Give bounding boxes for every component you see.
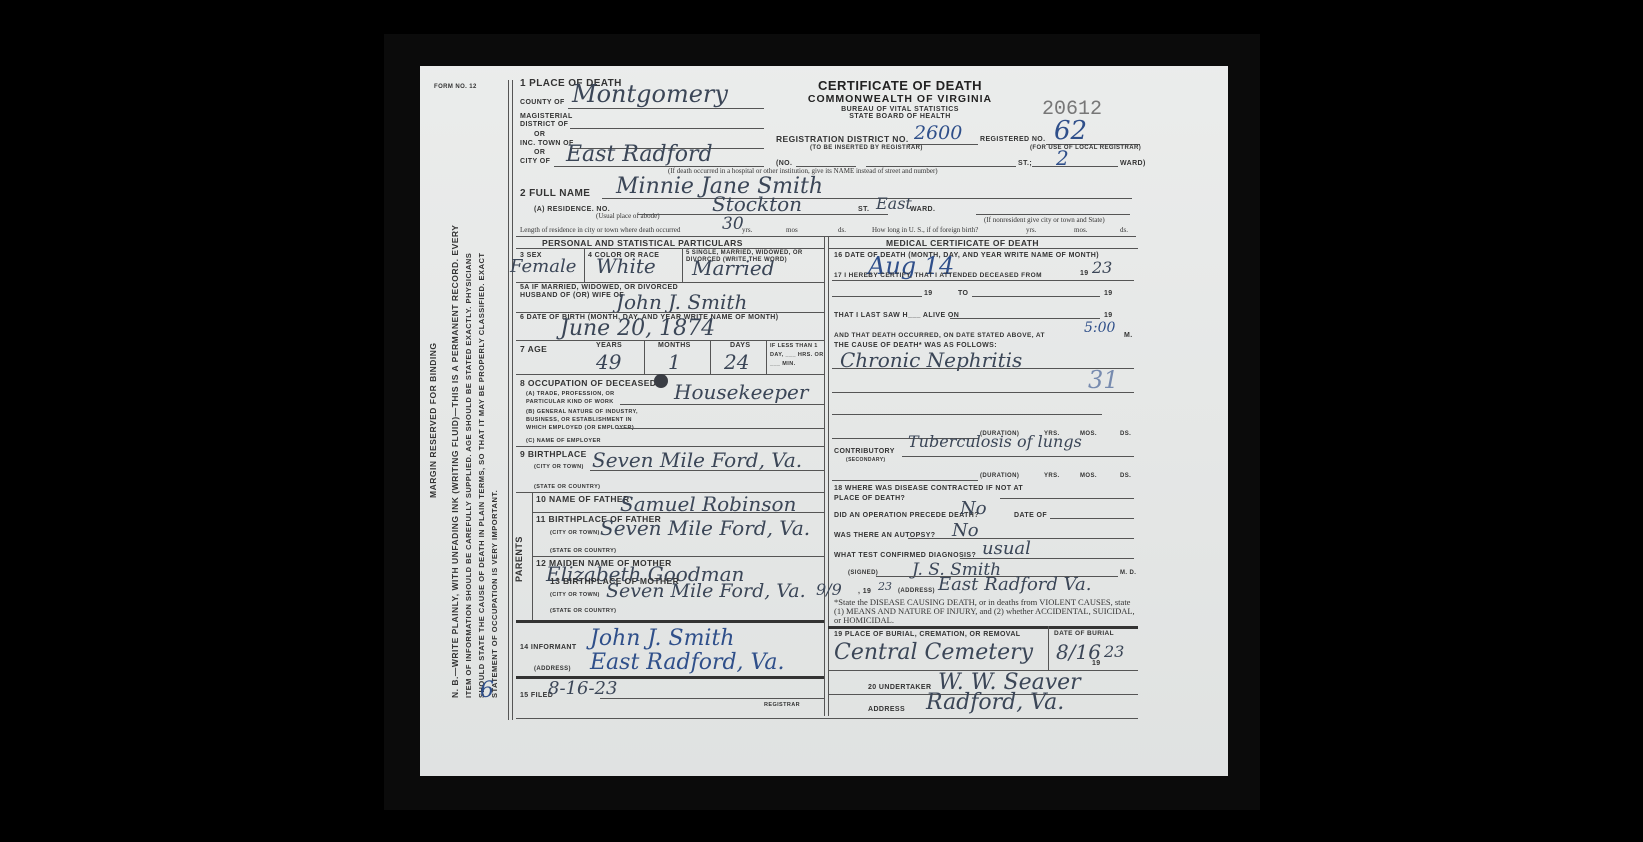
or-label: OR [534,149,545,156]
punch-hole [654,374,668,388]
margin-rule-2 [512,80,513,720]
cell-divider [766,340,767,374]
ds-label: DS. [1120,473,1131,479]
less-than-label: IF LESS THAN 1 DAY, ___ HRS. OR ___ MIN. [770,342,824,369]
state-or-country-label: (STATE OR COUNTRY) [534,484,600,490]
informant-address-value: East Radford, Va. [590,650,785,675]
form-number: FORM NO. 12 [434,84,477,90]
street-line [866,166,1016,167]
mos-label: MOS. [1080,473,1097,479]
row-line [516,340,824,341]
test-label: WHAT TEST CONFIRMED DIAGNOSIS? [834,552,976,559]
ward-label: WARD) [1120,160,1146,167]
year-prefix: 19 [1080,270,1089,277]
commonwealth-title: COMMONWEALTH OF VIRGINIA [780,93,1020,105]
undertaker-address-value: Radford, Va. [926,690,1064,715]
cause-line [832,414,1102,415]
burial-date-label: DATE OF BURIAL [1054,630,1114,637]
secondary-label: (SECONDARY) [846,457,886,463]
column-divider [824,236,825,716]
row-line [832,280,1134,281]
informant-value: John J. Smith [590,626,734,651]
duration-label: (DURATION) [980,473,1019,479]
mos-label: MOS. [1080,431,1097,437]
registered-no-label: REGISTERED NO. [980,136,1046,143]
medical-heading-line [828,248,1138,249]
duration-line [832,480,978,481]
or-label: OR [534,131,545,138]
filed-value: 8-16-23 [548,678,617,699]
full-name-label: 2 FULL NAME [520,188,590,199]
street-label: ST.; [1018,160,1032,167]
section-divider [516,620,824,623]
birthplace-line [590,470,824,471]
instruction-line-4: STATEMENT OF OCCUPATION IS VERY IMPORTAN… [490,490,499,698]
nonresident-note: (If nonresident give city or town and St… [984,216,1105,224]
birthplace-value: Seven Mile Ford, Va. [592,448,802,472]
cause-line [832,392,1134,393]
to-label: TO [958,290,968,297]
row-line [516,312,824,313]
age-years: 49 [596,350,621,374]
certificate-header: CERTIFICATE OF DEATH COMMONWEALTH OF VIR… [780,78,1020,120]
last-saw-line [950,318,1100,319]
sign-year: 23 [878,580,892,593]
ds-label: DS. [1120,431,1131,437]
personal-heading-line [516,248,824,249]
occupation-line [620,404,824,405]
margin-binding-note: MARGIN RESERVED FOR BINDING [428,343,438,499]
row-line [532,556,824,557]
undertaker-label: 20 UNDERTAKER [868,684,931,691]
sex-value: Female [510,256,576,277]
spouse-value: John J. Smith [616,290,747,314]
registrar-label: REGISTRAR [764,702,800,708]
instruction-line-3: SHOULD STATE THE CAUSE OF DEATH IN PLAIN… [477,253,486,698]
cell-divider [644,340,645,374]
city-or-town-label: (CITY OR TOWN) [550,592,600,598]
contributory-label: CONTRIBUTORY [834,448,895,455]
row-line [532,512,824,513]
sign-year-prefix: , 19 [858,588,871,595]
from-line [832,296,922,297]
registered-note: (FOR USE OF LOCAL REGISTRAR) [1030,145,1141,151]
months-label: MONTHS [658,342,691,349]
operation-date-label: DATE OF [1014,512,1047,519]
magisterial-line [570,128,764,129]
us-mos-label: mos. [1074,226,1087,234]
medical-heading: MEDICAL CERTIFICATE OF DEATH [886,238,1039,248]
year-prefix: 19 [924,290,933,297]
personal-heading: PERSONAL AND STATISTICAL PARTICULARS [542,238,743,248]
informant-address-label: (ADDRESS) [534,666,571,672]
contracted-line [1000,498,1134,499]
city-label: CITY OF [520,158,550,165]
test-value: usual [982,538,1031,559]
row-line [516,374,824,375]
board-title: STATE BOARD OF HEALTH [780,113,1020,120]
residence-street: Stockton [712,192,802,216]
length-residence-label: Length of residence in city or town wher… [520,226,680,234]
ward-line [1032,166,1118,167]
operation-value: No [960,498,987,519]
to-line [972,296,1100,297]
cell-divider [1048,626,1049,670]
parents-side-label: PARENTS [514,536,524,582]
county-value: Montgomery [572,80,728,108]
mos-label: mos [786,226,798,234]
burial-year: 23 [1104,642,1124,661]
state-or-country-label: (STATE OR COUNTRY) [550,548,616,554]
industry-line [616,428,824,429]
section-divider [516,236,1136,237]
birthplace-label: 9 BIRTHPLACE [520,449,587,459]
days-label: DAYS [730,342,750,349]
employer-label: (C) NAME OF EMPLOYER [526,438,601,444]
burial-place-value: Central Cemetery [834,640,1033,665]
marital-value: Married [692,256,775,280]
residence-st-label: ST. [858,206,869,213]
magisterial-label: MAGISTERIAL DISTRICT OF [520,113,580,129]
contributory-line [902,456,1134,457]
signed-label: (SIGNED) [848,570,878,576]
test-line [960,558,1134,559]
us-ds-label: ds. [1120,226,1128,234]
cell-divider [710,340,711,374]
md-label: M. D. [1120,570,1136,576]
physician-address-value: East Radford Va. [938,574,1091,595]
city-or-town-label: (CITY OR TOWN) [550,530,600,536]
certificate-title: CERTIFICATE OF DEATH [780,78,1020,93]
instruction-line-2: ITEM OF INFORMATION SHOULD BE CAREFULLY … [464,253,473,698]
date-of-death-year: 23 [1092,258,1112,277]
registration-district-label: REGISTRATION DISTRICT NO. [776,134,909,144]
burial-place-label: 19 PLACE OF BURIAL, CREMATION, OR REMOVA… [834,630,1044,639]
city-value: East Radford [566,142,713,167]
street-no-label: (NO. [776,160,792,167]
age-label: 7 AGE [520,344,547,354]
margin-mark: 31 [1088,366,1119,394]
ds-label: ds. [838,226,846,234]
length-residence-years: 30 [722,214,744,234]
row-line [516,446,824,447]
bottom-rule [516,718,1138,719]
county-label: COUNTY OF [520,99,565,106]
us-yrs-label: yrs. [1026,226,1036,234]
death-certificate: FORM NO. 12 MARGIN RESERVED FOR BINDING … [420,66,1228,776]
residence-ward-label: WARD. [910,206,935,213]
residence-ward-value: East [876,194,912,213]
column-divider-2 [828,236,829,716]
state-or-country-label: (STATE OR COUNTRY) [550,608,616,614]
operation-label: DID AN OPERATION PRECEDE DEATH? [834,512,979,519]
cell-divider [584,248,585,282]
contributory-value: Tuberculosis of lungs [908,432,1082,451]
age-months: 1 [668,350,681,374]
age-days: 24 [724,350,749,374]
father-label: 10 NAME OF FATHER [536,494,630,504]
us-residence-label: How long in U. S., if of foreign birth? [872,226,978,234]
dob-value: June 20, 1874 [560,316,715,341]
street-no-line [796,166,856,167]
instruction-line-1: N. B.—WRITE PLAINLY, WITH UNFADING INK (… [450,225,460,698]
yrs-label: YRS. [1044,473,1060,479]
operation-date-line [1050,518,1134,519]
filed-line [600,698,824,699]
registration-district-value: 2600 [914,122,962,144]
year-prefix: 19 [1104,290,1113,297]
city-or-town-label: (CITY OR TOWN) [534,464,584,470]
years-label: YEARS [596,342,622,349]
contracted-label: 18 WHERE WAS DISEASE CONTRACTED IF NOT A… [834,484,1034,504]
race-value: White [596,254,656,278]
district-note: (TO BE INSERTED BY REGISTRAR) [810,145,923,151]
time-of-death: 5:00 [1084,320,1115,336]
certify-label: 17 I HEREBY CERTIFY, THAT I ATTENDED DEC… [834,272,1042,279]
burial-year-prefix: 19 [1092,660,1101,667]
meridiem-label: M. [1124,332,1133,339]
occupation-label: 8 OCCUPATION OF DECEASED [520,378,656,388]
registered-no-value: 62 [1054,116,1087,146]
cell-divider [682,248,683,282]
county-line [568,108,764,109]
death-occurred-label: AND THAT DEATH OCCURRED, ON DATE STATED … [834,332,1045,339]
father-birthplace-value: Seven Mile Ford, Va. [600,516,810,540]
yrs-label: yrs. [742,226,752,234]
bureau-title: BUREAU OF VITAL STATISTICS [780,106,1020,113]
year-prefix: 19 [1104,312,1113,319]
ward-value: 2 [1056,146,1069,170]
occupation-value: Housekeeper [674,380,808,404]
margin-number: 6 [480,678,494,703]
cause-footnote: *State the DISEASE CAUSING DEATH, or in … [834,598,1140,625]
row-line [516,282,824,283]
physician-address-label: (ADDRESS) [898,588,935,594]
section-divider [828,626,1138,629]
margin-rule [508,80,509,720]
undertaker-address-label: ADDRESS [868,706,905,713]
mother-birthplace-value: Seven Mile Ford, Va. [606,580,806,602]
informant-label: 14 INFORMANT [520,644,577,651]
nonresident-line [976,214,1130,215]
last-saw-label: THAT I LAST SAW H___ ALIVE ON [834,312,959,319]
